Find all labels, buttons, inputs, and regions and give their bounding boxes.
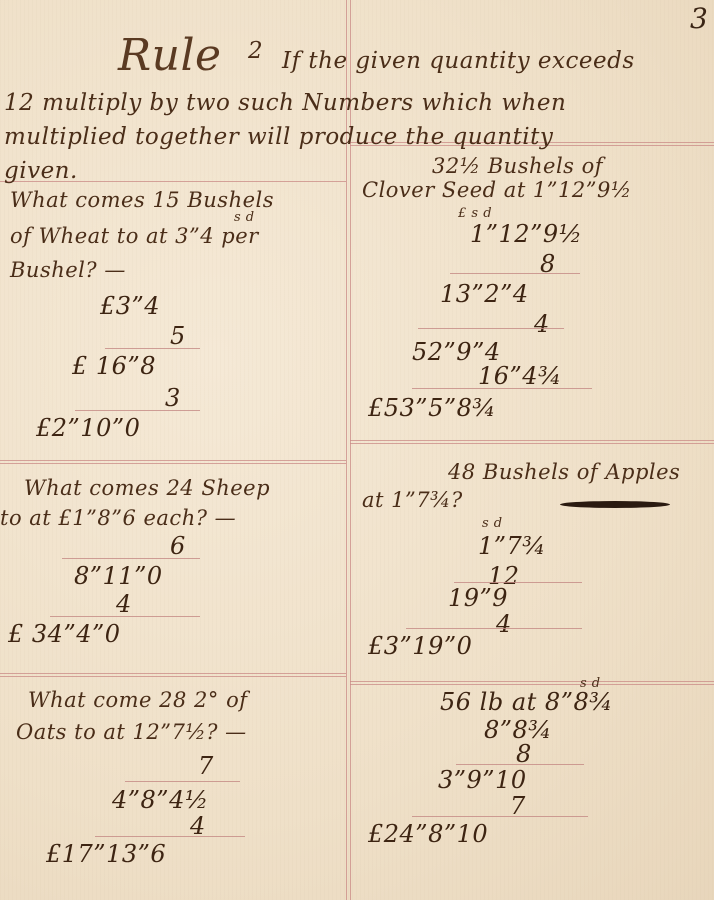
oats-calc-line [125,781,240,782]
ink-blot [560,501,670,508]
sheep-step-4: £ 34”4”0 [8,620,121,648]
divider-left-low-2 [0,676,346,677]
sheep-calc-line-2 [50,616,200,617]
apples-unit-labels: s d [482,516,503,531]
wheat-question-line-3: Bushel? — [10,258,126,282]
rule-number: 2 [248,38,263,64]
wheat-calc-line-2 [75,410,200,411]
clover-step-6: 16”4¾ [478,362,562,390]
clover-step-3: 13”2”4 [440,280,529,308]
wheat-step-3: £ 16”8 [72,352,156,380]
apples-step-4: 4 [496,610,512,638]
item56-step-5: £24”8”10 [368,820,488,848]
item56-unit-labels: s d [580,676,601,691]
divider-left-low [0,673,346,674]
sheep-step-1: 6 [170,532,186,560]
wheat-step-1: £3”4 [100,292,160,320]
clover-question-line-1: 32½ Bushels of [432,154,603,178]
wheat-question-line-1: What comes 15 Bushels [10,188,274,212]
divider-right-mid [350,440,714,441]
wheat-step-2: 5 [170,322,186,350]
wheat-unit-labels: s d [234,210,255,225]
clover-step-1: 1”12”9½ [470,220,582,248]
divider-left-mid [0,460,346,461]
sheep-question-line-1: What comes 24 Sheep [24,476,270,500]
apples-step-1: 1”7¾ [478,532,546,560]
rule-line-2: 12 multiply by two such Numbers which wh… [4,90,566,116]
rule-title: Rule [118,30,222,81]
wheat-calc-line [105,348,200,349]
item56-calc-line-2 [412,816,588,817]
wheat-question-line-2: of Wheat to at 3”4 per [10,224,259,248]
sheep-step-3: 4 [116,590,132,618]
item56-step-3: 3”9”10 [438,766,527,794]
clover-calc-line-2 [418,328,564,329]
oats-step-1: 7 [198,752,214,780]
sheep-question-line-2: to at £1”8”6 each? — [0,506,236,530]
manuscript-page: 3 Rule 2 If the given quantity exceeds 1… [0,0,714,900]
apples-calc-line-2 [406,628,582,629]
oats-step-4: £17”13”6 [46,840,166,868]
rule-line-4: given. [4,158,78,184]
clover-unit-labels: £ s d [458,206,492,221]
oats-question-line-1: What come 28 2° of [28,688,248,712]
item56-question: 56 lb at 8”8¾ [440,688,613,716]
clover-calc-line-2b [412,388,592,389]
wheat-step-4: 3 [165,384,181,412]
divider-right-mid-2 [350,443,714,444]
sheep-calc-line [62,558,200,559]
apples-question-line-1: 48 Bushels of Apples [448,460,680,484]
clover-calc-line [450,273,580,274]
item56-calc-line [456,764,584,765]
wheat-step-5: £2”10”0 [36,414,140,442]
page-number: 3 [690,2,708,35]
oats-calc-line-2 [95,836,245,837]
divider-right-low [350,681,714,682]
sheep-step-2: 8”11”0 [74,562,163,590]
apples-calc-line [454,582,582,583]
clover-step-7: £53”5”8¾ [368,394,496,422]
apples-step-5: £3”19”0 [368,632,472,660]
divider-right-low-2 [350,684,714,685]
divider-left-mid-2 [0,463,346,464]
rule-line-3: multiplied together will produce the qua… [4,124,553,150]
apples-step-3: 19”9 [448,584,508,612]
apples-question-line-2: at 1”7¾? [362,488,463,512]
rule-line-1: If the given quantity exceeds [282,48,635,74]
clover-step-4: 4 [534,310,550,338]
oats-step-2: 4”8”4½ [112,786,209,814]
clover-question-line-2: Clover Seed at 1”12”9½ [362,178,632,202]
oats-question-line-2: Oats to at 12”7½? — [16,720,247,744]
